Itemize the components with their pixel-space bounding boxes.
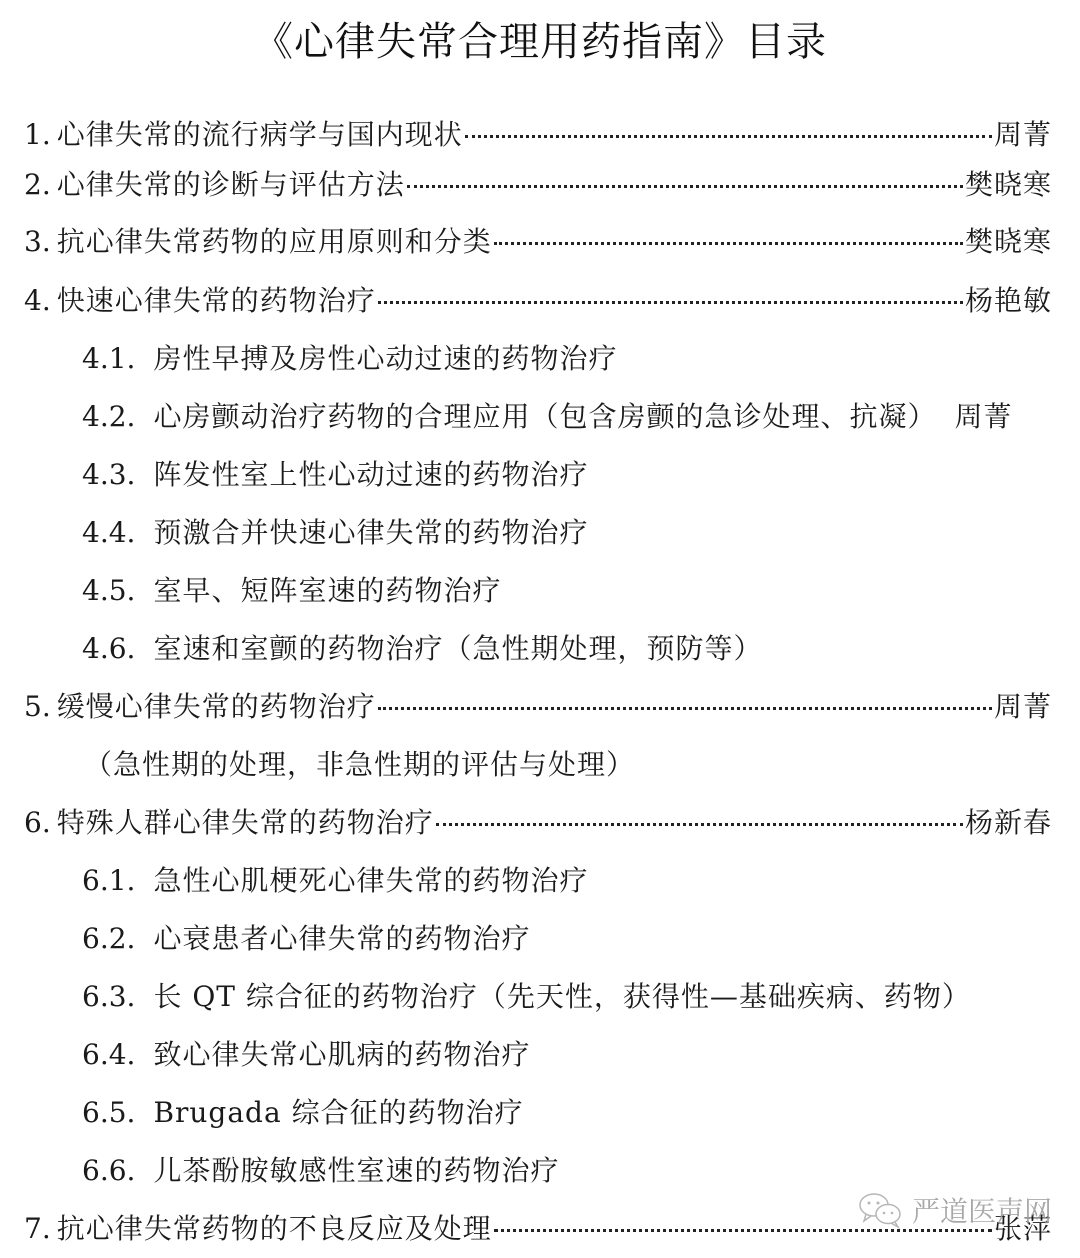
toc-entry-number: 6.4. (82, 1033, 135, 1077)
toc-entry-author: 杨新春 (965, 801, 1052, 845)
toc-entry-4-1: 4.1. 房性早搏及房性心动过速的药物治疗 (82, 337, 1052, 381)
toc-entry-6-6: 6.6. 儿茶酚胺敏感性室速的药物治疗 (82, 1149, 1052, 1193)
toc-entry-6-5: 6.5. Brugada 综合征的药物治疗 (82, 1091, 1052, 1135)
toc-entry-title: Brugada 综合征的药物治疗 (153, 1091, 523, 1135)
toc-entry-4-5: 4.5. 室早、短阵室速的药物治疗 (82, 569, 1052, 613)
toc-entry-number: 6.6. (82, 1149, 135, 1193)
dot-leader (494, 1229, 992, 1232)
dot-leader (436, 823, 963, 826)
toc-entry-title: 阵发性室上性心动过速的药物治疗 (153, 453, 588, 497)
toc-entry-author: 周菁 (954, 395, 1012, 439)
toc-entry-6-4: 6.4. 致心律失常心肌病的药物治疗 (82, 1033, 1052, 1077)
toc-entry-number: 4.5. (82, 569, 135, 613)
toc-entry-number: 6.5. (82, 1091, 135, 1135)
toc-entry-5: 5. 缓慢心律失常的药物治疗 周菁 (24, 685, 1052, 729)
toc-entry-number: 3. (24, 220, 51, 264)
dot-leader (378, 301, 963, 304)
toc-entry-4-4: 4.4. 预激合并快速心律失常的药物治疗 (82, 511, 1052, 555)
toc-entry-author: 周菁 (994, 685, 1052, 729)
toc-entry-6-1: 6.1. 急性心肌梗死心律失常的药物治疗 (82, 859, 1052, 903)
toc-entry-4: 4. 快速心律失常的药物治疗 杨艳敏 (24, 279, 1052, 323)
toc-entry-title: 室早、短阵室速的药物治疗 (153, 569, 501, 613)
toc-entry-number: 5. (24, 685, 51, 729)
toc-entry-6-3: 6.3. 长 QT 综合征的药物治疗（先天性，获得性—基础疾病、药物） (82, 975, 1052, 1019)
toc-entry-number: 1. (24, 113, 51, 157)
dot-leader (494, 242, 963, 245)
toc-entry-author: 张萍 (994, 1207, 1052, 1251)
toc-entry-note: （急性期的处理，非急性期的评估与处理） (84, 743, 635, 787)
toc-entry-title: 快速心律失常的药物治疗 (57, 279, 376, 323)
toc-entry-title: 特殊人群心律失常的药物治疗 (57, 801, 434, 845)
dot-leader (465, 135, 992, 138)
toc-entry-number: 4. (24, 279, 51, 323)
toc-entry-number: 6.3. (82, 975, 135, 1019)
toc-entry-2: 2. 心律失常的诊断与评估方法 樊晓寒 (24, 163, 1052, 207)
toc-entry-title: 致心律失常心肌病的药物治疗 (153, 1033, 530, 1077)
toc-entry-title: 室速和室颤的药物治疗（急性期处理，预防等） (153, 627, 762, 671)
toc-entry-title: 儿茶酚胺敏感性室速的药物治疗 (153, 1149, 559, 1193)
toc-entry-number: 4.3. (82, 453, 135, 497)
toc-entry-number: 2. (24, 163, 51, 207)
toc-entry-title: 长 QT 综合征的药物治疗（先天性，获得性—基础疾病、药物） (153, 975, 970, 1019)
toc-entry-title: 急性心肌梗死心律失常的药物治疗 (153, 859, 588, 903)
toc-entry-title: 房性早搏及房性心动过速的药物治疗 (153, 337, 617, 381)
toc-entry-title: 心律失常的诊断与评估方法 (57, 163, 405, 207)
toc-entry-4-3: 4.3. 阵发性室上性心动过速的药物治疗 (82, 453, 1052, 497)
toc-entry-6-2: 6.2. 心衰患者心律失常的药物治疗 (82, 917, 1052, 961)
toc-entry-author: 周菁 (994, 113, 1052, 157)
toc-entry-4-2: 4.2. 心房颤动治疗药物的合理应用（包含房颤的急诊处理、抗凝） 周菁 (82, 395, 1052, 439)
page-title: 《心律失常合理用药指南》目录 (0, 14, 1080, 70)
toc-entry-number: 4.1. (82, 337, 135, 381)
toc-entry-6: 6. 特殊人群心律失常的药物治疗 杨新春 (24, 801, 1052, 845)
toc-entry-title: 心衰患者心律失常的药物治疗 (153, 917, 530, 961)
toc-entry-title: 抗心律失常药物的应用原则和分类 (57, 220, 492, 264)
toc-entry-number: 4.2. (82, 395, 135, 439)
toc-entry-number: 6. (24, 801, 51, 845)
toc-entry-1: 1. 心律失常的流行病学与国内现状 周菁 (24, 113, 1052, 157)
toc-entry-4-6: 4.6. 室速和室颤的药物治疗（急性期处理，预防等） (82, 627, 1052, 671)
toc-entry-author: 樊晓寒 (965, 220, 1052, 264)
toc-entry-number: 6.1. (82, 859, 135, 903)
toc-entry-title: 心律失常的流行病学与国内现状 (57, 113, 463, 157)
toc-entry-3: 3. 抗心律失常药物的应用原则和分类 樊晓寒 (24, 220, 1052, 264)
toc-entry-7: 7. 抗心律失常药物的不良反应及处理 张萍 (24, 1207, 1052, 1251)
toc-entry-title: 缓慢心律失常的药物治疗 (57, 685, 376, 729)
toc-entry-number: 4.4. (82, 511, 135, 555)
toc-entry-5-note: （急性期的处理，非急性期的评估与处理） (84, 743, 984, 787)
toc-entry-title: 预激合并快速心律失常的药物治疗 (153, 511, 588, 555)
toc-entry-number: 6.2. (82, 917, 135, 961)
toc-entry-author: 樊晓寒 (965, 163, 1052, 207)
toc-entry-number: 4.6. (82, 627, 135, 671)
toc-entry-title: 抗心律失常药物的不良反应及处理 (57, 1207, 492, 1251)
dot-leader (407, 185, 963, 188)
toc-entry-title: 心房颤动治疗药物的合理应用（包含房颤的急诊处理、抗凝） (153, 395, 936, 439)
dot-leader (378, 707, 992, 710)
toc-entry-author: 杨艳敏 (965, 279, 1052, 323)
toc-entry-number: 7. (24, 1207, 51, 1251)
